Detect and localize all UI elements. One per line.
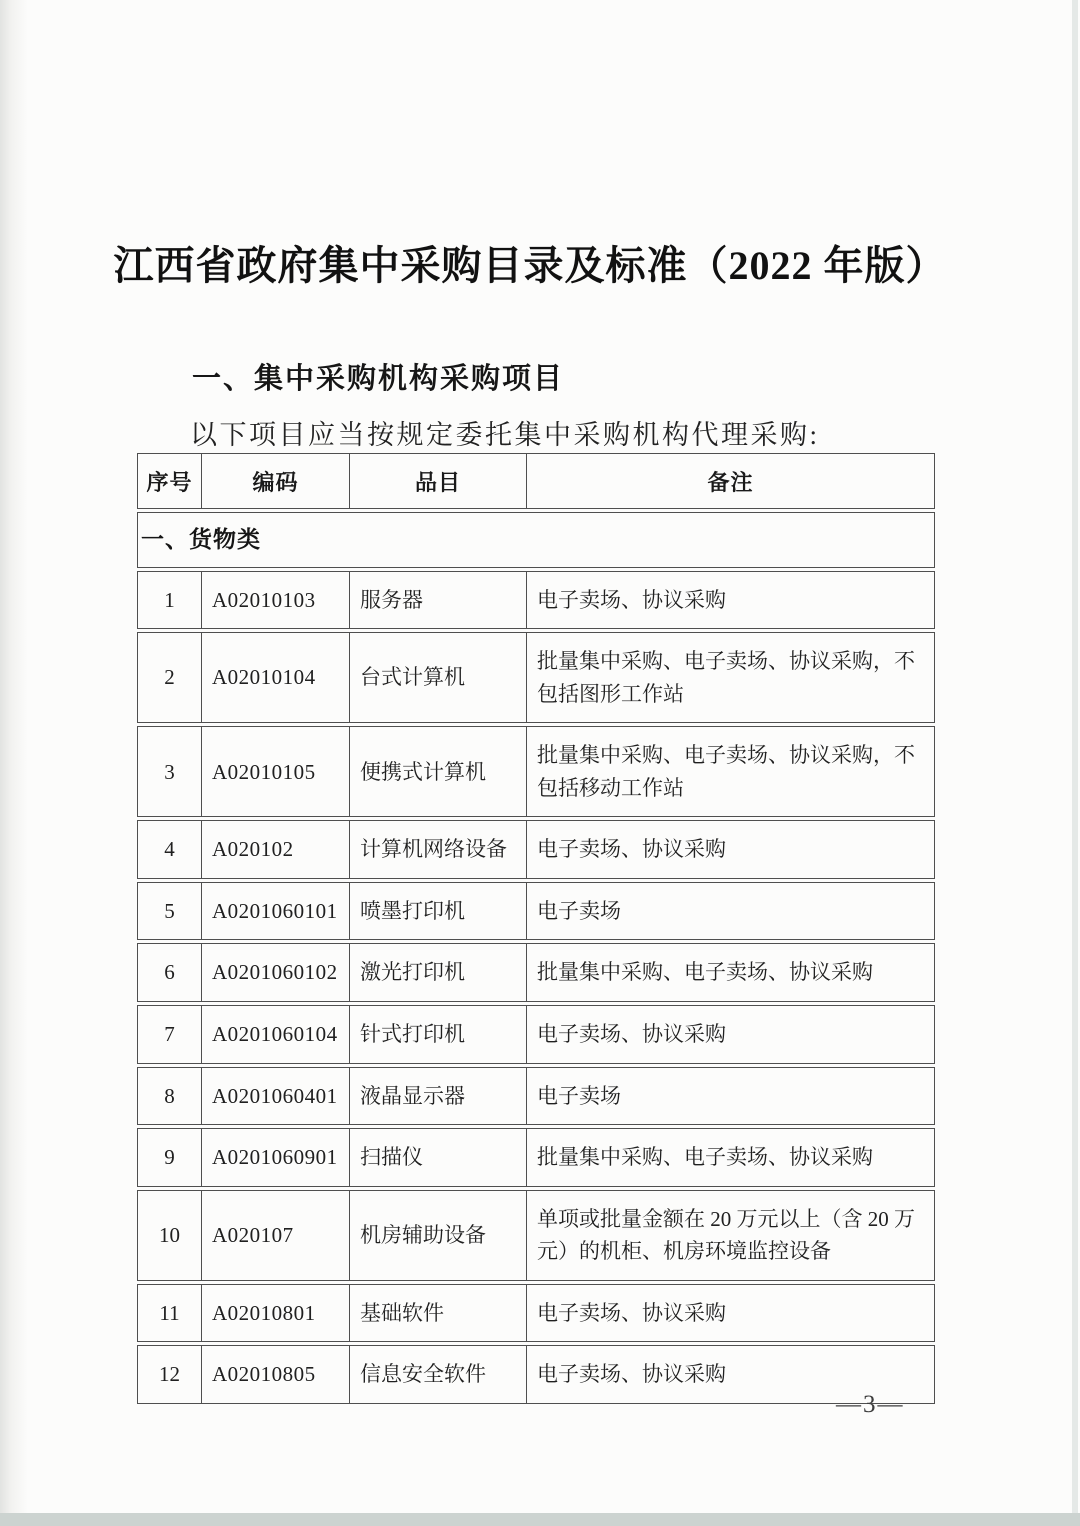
row-index: 8 (137, 1067, 202, 1126)
row-item: 喷墨打印机 (350, 882, 527, 941)
row-note: 电子卖场 (527, 882, 935, 941)
row-code: A02010805 (202, 1345, 350, 1404)
row-item: 服务器 (350, 571, 527, 630)
row-note: 电子卖场、协议采购 (527, 820, 935, 879)
table-row: 1 A02010103 服务器 电子卖场、协议采购 (137, 571, 935, 630)
row-index: 4 (137, 820, 202, 879)
table-row: 10 A020107 机房辅助设备 单项或批量金额在 20 万元以上（含 20 … (137, 1190, 935, 1281)
col-header-no: 序号 (137, 453, 202, 509)
row-code: A02010801 (202, 1284, 350, 1343)
table-row: 5 A0201060101 喷墨打印机 电子卖场 (137, 882, 935, 941)
row-code: A02010105 (202, 726, 350, 817)
procurement-table: 序号 编码 品目 备注 一、货物类 1 A02010103 服务器 电子卖场、协… (137, 450, 935, 1407)
table-row: 11 A02010801 基础软件 电子卖场、协议采购 (137, 1284, 935, 1343)
row-index: 3 (137, 726, 202, 817)
row-code: A02010103 (202, 571, 350, 630)
table-row: 3 A02010105 便携式计算机 批量集中采购、电子卖场、协议采购，不包括移… (137, 726, 935, 817)
row-note: 批量集中采购、电子卖场、协议采购，不包括移动工作站 (527, 726, 935, 817)
table-row: 9 A0201060901 扫描仪 批量集中采购、电子卖场、协议采购 (137, 1128, 935, 1187)
row-index: 2 (137, 632, 202, 723)
col-header-code: 编码 (202, 453, 350, 509)
row-item: 液晶显示器 (350, 1067, 527, 1126)
row-index: 5 (137, 882, 202, 941)
page-number: —3— (836, 1391, 905, 1419)
row-index: 1 (137, 571, 202, 630)
row-index: 9 (137, 1128, 202, 1187)
row-code: A020107 (202, 1190, 350, 1281)
row-note: 电子卖场、协议采购 (527, 1005, 935, 1064)
row-index: 6 (137, 943, 202, 1002)
row-code: A0201060102 (202, 943, 350, 1002)
scan-bottom-band (0, 1513, 1080, 1526)
row-code: A0201060401 (202, 1067, 350, 1126)
row-code: A0201060104 (202, 1005, 350, 1064)
group-row-label: 一、货物类 (137, 512, 935, 568)
row-note: 电子卖场 (527, 1067, 935, 1126)
scan-right-edge (1072, 0, 1078, 1526)
group-row: 一、货物类 (137, 512, 935, 568)
row-code: A020102 (202, 820, 350, 879)
document-page: 江西省政府集中采购目录及标准（2022 年版） 一、集中采购机构采购项目 以下项… (0, 0, 1080, 1526)
row-code: A0201060901 (202, 1128, 350, 1187)
row-index: 7 (137, 1005, 202, 1064)
row-item: 计算机网络设备 (350, 820, 527, 879)
table-row: 4 A020102 计算机网络设备 电子卖场、协议采购 (137, 820, 935, 879)
row-item: 基础软件 (350, 1284, 527, 1343)
table-row: 8 A0201060401 液晶显示器 电子卖场 (137, 1067, 935, 1126)
row-item: 信息安全软件 (350, 1345, 527, 1404)
row-note: 批量集中采购、电子卖场、协议采购，不包括图形工作站 (527, 632, 935, 723)
row-item: 激光打印机 (350, 943, 527, 1002)
row-code: A02010104 (202, 632, 350, 723)
row-index: 10 (137, 1190, 202, 1281)
row-index: 12 (137, 1345, 202, 1404)
section-heading: 一、集中采购机构采购项目 (192, 356, 564, 397)
row-item: 针式打印机 (350, 1005, 527, 1064)
intro-text: 以下项目应当按规定委托集中采购机构代理采购: (190, 413, 820, 452)
row-item: 扫描仪 (350, 1128, 527, 1187)
row-note: 批量集中采购、电子卖场、协议采购 (527, 1128, 935, 1187)
row-note: 电子卖场、协议采购 (527, 571, 935, 630)
row-code: A0201060101 (202, 882, 350, 941)
table-row: 2 A02010104 台式计算机 批量集中采购、电子卖场、协议采购，不包括图形… (137, 632, 935, 723)
table-row: 12 A02010805 信息安全软件 电子卖场、协议采购 (137, 1345, 935, 1404)
table-header-row: 序号 编码 品目 备注 (137, 453, 935, 509)
scan-left-shadow (0, 0, 28, 1526)
table-row: 7 A0201060104 针式打印机 电子卖场、协议采购 (137, 1005, 935, 1064)
row-note: 单项或批量金额在 20 万元以上（含 20 万元）的机柜、机房环境监控设备 (527, 1190, 935, 1281)
col-header-note: 备注 (527, 453, 935, 509)
row-index: 11 (137, 1284, 202, 1343)
col-header-item: 品目 (350, 453, 527, 509)
page-title: 江西省政府集中采购目录及标准（2022 年版） (90, 234, 970, 291)
table-row: 6 A0201060102 激光打印机 批量集中采购、电子卖场、协议采购 (137, 943, 935, 1002)
row-item: 便携式计算机 (350, 726, 527, 817)
row-item: 台式计算机 (350, 632, 527, 723)
row-item: 机房辅助设备 (350, 1190, 527, 1281)
row-note: 批量集中采购、电子卖场、协议采购 (527, 943, 935, 1002)
row-note: 电子卖场、协议采购 (527, 1284, 935, 1343)
